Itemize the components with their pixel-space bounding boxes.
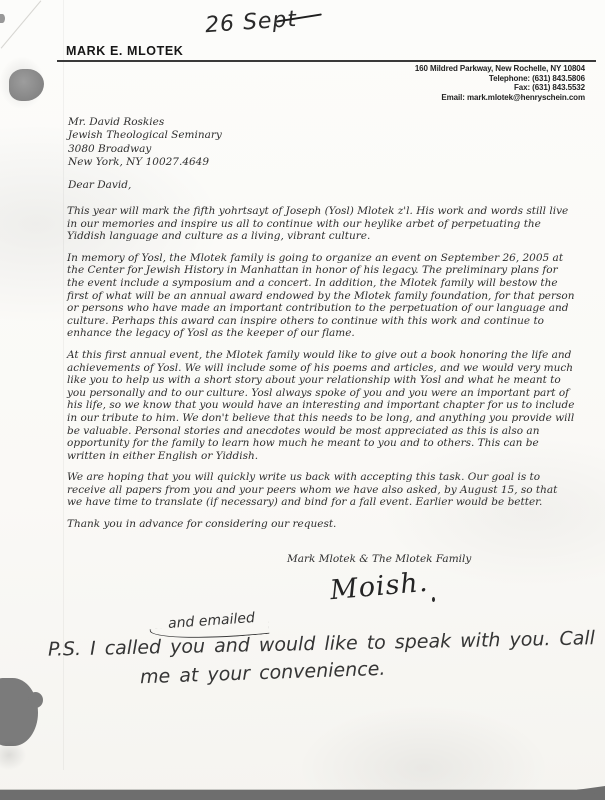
- recipient-line-city: New York, NY 10027.4649: [68, 156, 222, 169]
- body-paragraph-4: We are hoping that you will quickly writ…: [67, 471, 575, 509]
- bottom-left-shade: [0, 735, 32, 775]
- body-paragraph-3: At this first annual event, the Mlotek f…: [67, 349, 575, 462]
- contact-address: 160 Mildred Parkway, New Rochelle, NY 10…: [415, 64, 585, 74]
- recipient-line-street: 3080 Broadway: [68, 143, 222, 156]
- body-paragraph-thanks: Thank you in advance for considering our…: [67, 518, 575, 531]
- scanned-letter-page: 26 Sept MARK E. MLOTEK 160 Mildred Parkw…: [0, 0, 605, 800]
- contact-email: Email: mark.mlotek@henryschein.com: [415, 93, 585, 103]
- signature-period-dot: [432, 597, 435, 602]
- letterhead-contact-block: 160 Mildred Parkway, New Rochelle, NY 10…: [415, 64, 585, 102]
- contact-telephone: Telephone: (631) 843.5806: [415, 74, 585, 84]
- letterhead-name: MARK E. MLOTEK: [66, 44, 183, 58]
- left-edge-mark: [0, 14, 5, 23]
- salutation: Dear David,: [68, 179, 131, 191]
- recipient-line-name: Mr. David Roskies: [68, 116, 222, 129]
- letter-body: This year will mark the fifth yohrtsayt …: [67, 205, 575, 540]
- closing-signoff: Mark Mlotek & The Mlotek Family: [287, 553, 471, 565]
- ps-line-1: P.S. I called you and would like to spea…: [48, 627, 588, 660]
- scanner-edge-band: [0, 790, 605, 800]
- corner-fold-crease: [1, 0, 42, 48]
- ps-line-2: me at your convenience.: [140, 658, 386, 689]
- body-paragraph-1: This year will mark the fifth yohrtsayt …: [67, 205, 575, 243]
- recipient-line-org: Jewish Theological Seminary: [68, 129, 222, 142]
- body-paragraph-2: In memory of Yosl, the Mlotek family is …: [67, 252, 575, 340]
- recipient-address-block: Mr. David Roskies Jewish Theological Sem…: [68, 116, 222, 170]
- handwritten-signature: Moish.: [329, 567, 430, 606]
- handwritten-date: 26 Sept: [204, 7, 298, 38]
- bottom-left-scan-knob: [28, 692, 43, 708]
- letterhead-rule: [57, 60, 596, 62]
- contact-fax: Fax: (631) 843.5532: [415, 83, 585, 93]
